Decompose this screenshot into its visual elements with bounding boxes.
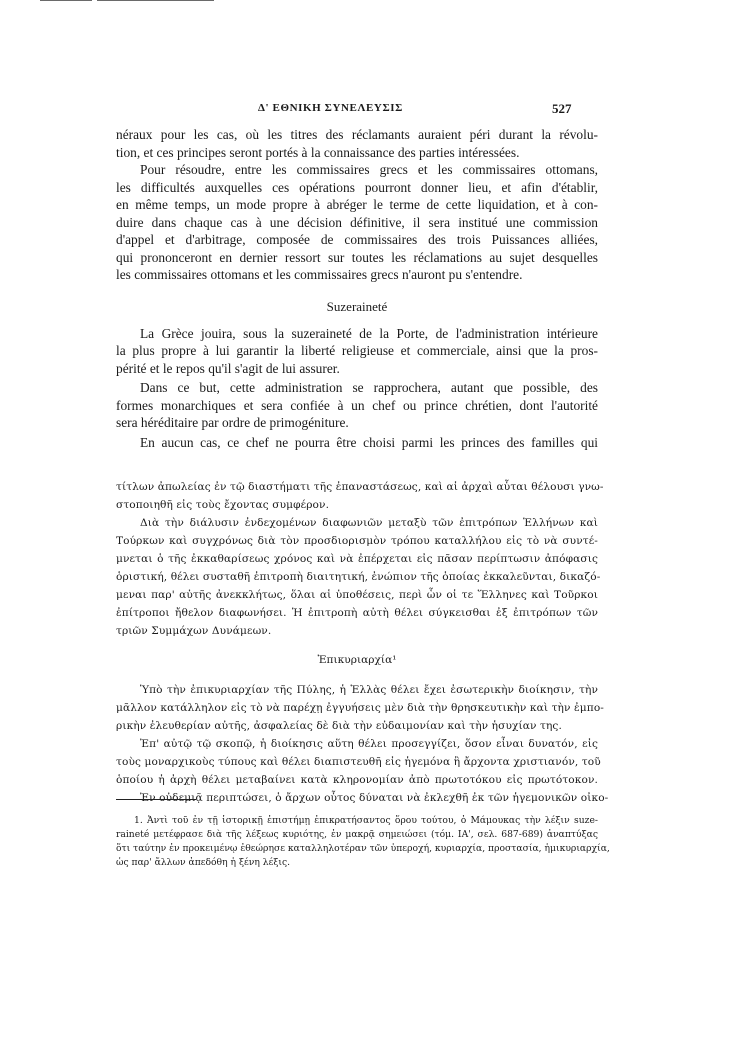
- scan-artifact-rule: [97, 0, 214, 1]
- paragraph: Pour résoudre, entre les commissaires gr…: [116, 161, 598, 284]
- text-line: μᾶλλον κατάλληλον εἰς τὸ νὰ παρέχῃ ἐγγυή…: [116, 699, 598, 717]
- section-heading: Ἐπικυριαρχία¹: [116, 652, 598, 669]
- text-line: τοὺς μοναρχικοὺς τύπους καὶ θέλει διαπισ…: [116, 753, 598, 771]
- footnote-line: 1. Ἀντὶ τοῦ ἐν τῇ ἱστορικῇ ἐπιστήμῃ ἐπικ…: [116, 814, 598, 828]
- footnote-line: ὡς παρ' ἄλλων ἀπεδόθη ἡ ξένη λέξις.: [116, 856, 598, 870]
- greek-text-block: τίτλων ἀπωλείας ἐν τῷ διαστήματι τῆς ἐπα…: [116, 478, 598, 807]
- footnote: 1. Ἀντὶ τοῦ ἐν τῇ ἱστορικῇ ἐπιστήμῃ ἐπικ…: [116, 814, 598, 870]
- text-line: sera héréditaire par ordre de primogénit…: [116, 414, 598, 432]
- text-line: Ὑπὸ τὴν ἐπικυριαρχίαν τῆς Πύλης, ἡ Ἑλλὰς…: [116, 681, 598, 699]
- paragraph: τίτλων ἀπωλείας ἐν τῷ διαστήματι τῆς ἐπα…: [116, 478, 598, 514]
- footnote-line: ὅτι ταύτην ἐν προκειμένῳ ἐθεώρησε καταλλ…: [116, 842, 598, 856]
- text-line: ρικὴν ἐλευθερίαν αὐτῆς, ἀσφαλείας δὲ διὰ…: [116, 717, 598, 735]
- text-line: μνεται ὁ τῆς ἐκκαθαρίσεως χρόνος καὶ νὰ …: [116, 550, 598, 568]
- running-head: Δ' ΕΘΝΙΚΗ ΣΥΝΕΛΕΥΣΙΣ 527: [0, 102, 744, 118]
- text-line: La Grèce jouira, sous la suzeraineté de …: [116, 325, 598, 343]
- text-line: périté et le repos qu'il s'agit de lui a…: [116, 360, 598, 378]
- paragraph: En aucun cas, ce chef ne pourra être cho…: [116, 434, 598, 452]
- text-line: ἐπίτροποι ἤθελον διαφωνήσει. Ἡ ἐπιτροπὴ …: [116, 604, 598, 622]
- text-line: τίτλων ἀπωλείας ἐν τῷ διαστήματι τῆς ἐπα…: [116, 478, 598, 496]
- footnote-divider: [116, 799, 196, 800]
- paragraph: Ἐπ' αὐτῷ τῷ σκοπῷ, ἡ διοίκησις αὕτη θέλε…: [116, 735, 598, 789]
- paragraph: La Grèce jouira, sous la suzeraineté de …: [116, 325, 598, 378]
- text-line: Ἐπ' αὐτῷ τῷ σκοπῷ, ἡ διοίκησις αὕτη θέλε…: [116, 735, 598, 753]
- scan-artifact-rule: [40, 0, 92, 1]
- paragraph: Dans ce but, cette administration se rap…: [116, 379, 598, 432]
- text-line: Ἐν οὐδεμιᾷ περιπτώσει, ὁ ἄρχων οὗτος δύν…: [116, 789, 598, 807]
- section-heading: Suzeraineté: [116, 298, 598, 315]
- paragraph: néraux pour les cas, où les titres des r…: [116, 126, 598, 161]
- text-line: Pour résoudre, entre les commissaires gr…: [116, 161, 598, 179]
- paragraph: Ὑπὸ τὴν ἐπικυριαρχίαν τῆς Πύλης, ἡ Ἑλλὰς…: [116, 681, 598, 735]
- page-number: 527: [552, 101, 572, 117]
- paragraph: Ἐν οὐδεμιᾷ περιπτώσει, ὁ ἄρχων οὗτος δύν…: [116, 789, 598, 807]
- paragraph: Διὰ τὴν διάλυσιν ἐνδεχομένων διαφωνιῶν μ…: [116, 514, 598, 640]
- text-line: néraux pour les cas, où les titres des r…: [116, 126, 598, 144]
- text-line: la plus propre à lui garantir la liberté…: [116, 342, 598, 360]
- text-line: en même temps, un mode propre à abréger …: [116, 196, 598, 214]
- text-line: tion, et ces principes seront portés à l…: [116, 144, 598, 162]
- text-line: στοποιηθῆ εἰς τοὺς ἔχοντας συμφέρον.: [116, 496, 598, 514]
- text-line: μεναι παρ' αὐτῆς ἀνεκκλήτως, ὅλαι αἱ ὑπο…: [116, 586, 598, 604]
- text-line: En aucun cas, ce chef ne pourra être cho…: [116, 434, 598, 452]
- text-line: formes monarchiques et sera confiée à un…: [116, 397, 598, 415]
- text-line: Dans ce but, cette administration se rap…: [116, 379, 598, 397]
- text-line: Τούρκων καὶ συγχρόνως διὰ τὸν προσδιορισ…: [116, 532, 598, 550]
- text-line: Διὰ τὴν διάλυσιν ἐνδεχομένων διαφωνιῶν μ…: [116, 514, 598, 532]
- text-line: ὁριστική, θέλει συσταθῆ ἐπιτροπὴ διαιτητ…: [116, 568, 598, 586]
- text-line: qui prononceront en dernier ressort sur …: [116, 249, 598, 267]
- french-text-block: néraux pour les cas, où les titres des r…: [116, 126, 598, 451]
- text-line: duire dans chaque cas à une décision déf…: [116, 214, 598, 232]
- text-line: d'appel et d'arbitrage, composée de comm…: [116, 231, 598, 249]
- footnote-line: raineté μετέφρασε διὰ τῆς λέξεως κυριότη…: [116, 828, 598, 842]
- running-title: Δ' ΕΘΝΙΚΗ ΣΥΝΕΛΕΥΣΙΣ: [258, 102, 403, 114]
- text-line: les difficultés auxquelles ces opération…: [116, 179, 598, 197]
- text-line: ὁποίου ἡ ἀρχὴ θέλει μεταβαίνει κατὰ κληρ…: [116, 771, 598, 789]
- text-line: τριῶν Συμμάχων Δυνάμεων.: [116, 622, 598, 640]
- text-line: les commissaires ottomans et les commiss…: [116, 266, 598, 284]
